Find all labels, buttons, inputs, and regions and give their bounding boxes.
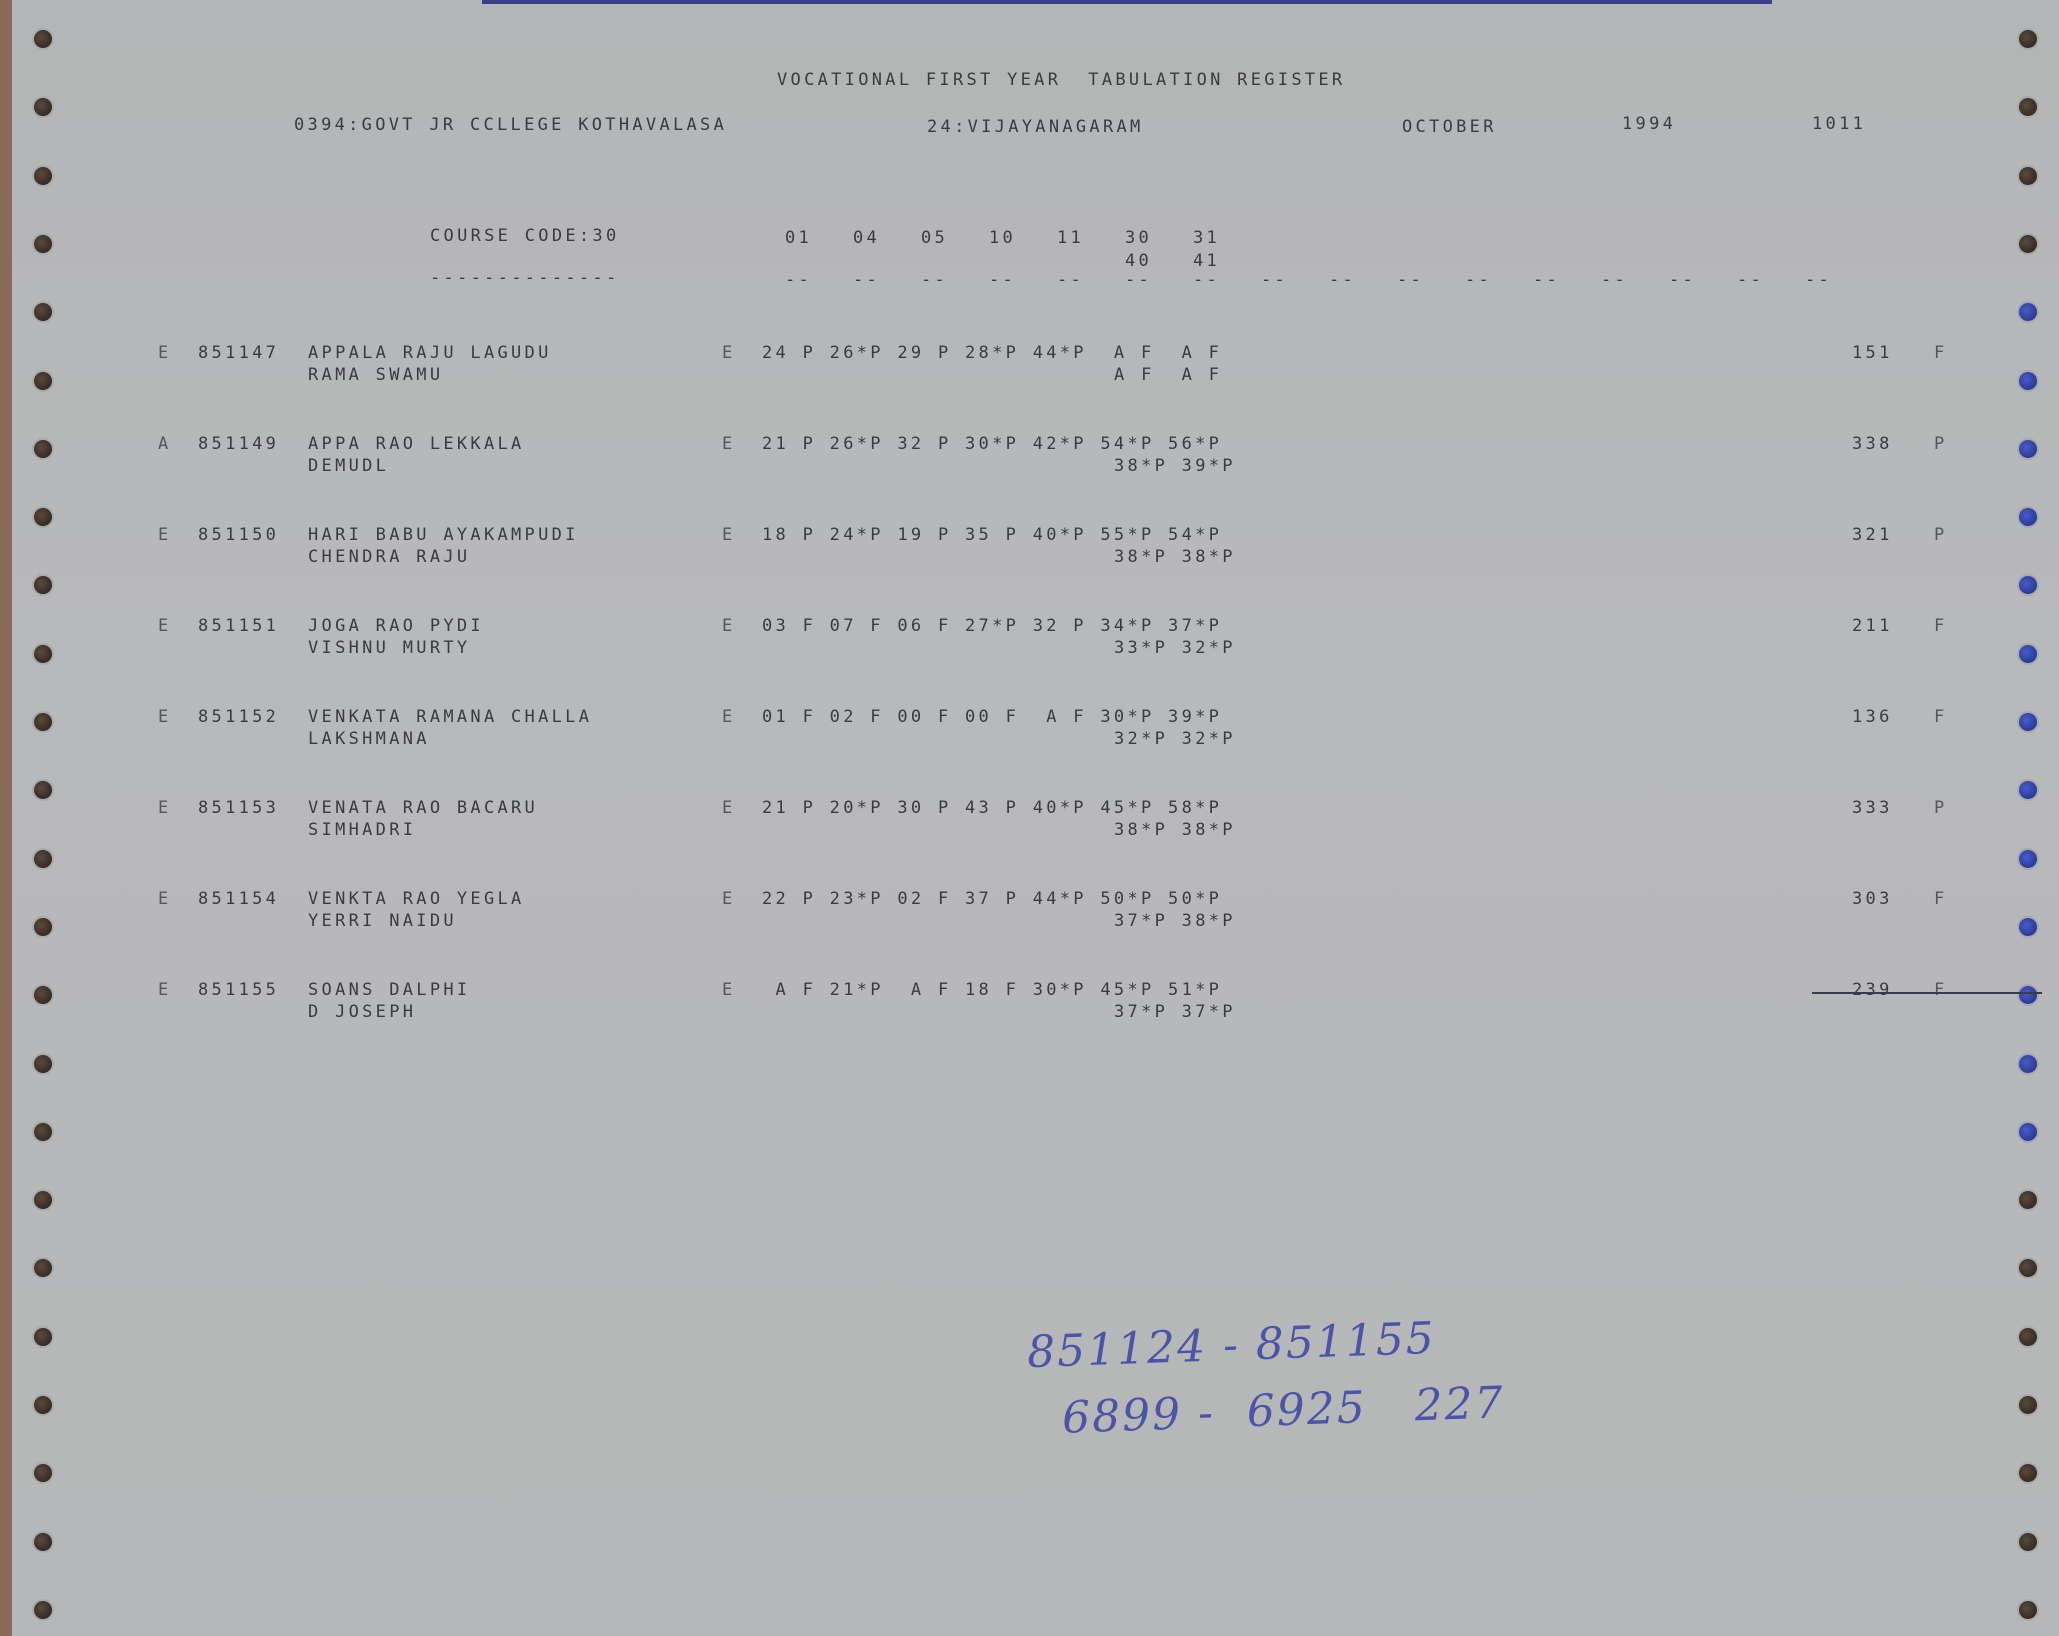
medium-code: E bbox=[722, 525, 736, 545]
sprocket-hole bbox=[2017, 916, 2039, 938]
subject-marks: 21 P 20*P 30 P 43 P 40*P 45*P 58*P bbox=[762, 798, 1222, 818]
column-dash: -- bbox=[853, 270, 880, 290]
student-category: E bbox=[158, 616, 172, 636]
student-name: VENATA RAO BACARU bbox=[308, 798, 538, 818]
total-marks: 151 bbox=[1852, 343, 1893, 363]
course-code-underline: -------------- bbox=[430, 268, 620, 288]
sprocket-hole bbox=[2017, 28, 2039, 50]
subject-code: 10 bbox=[989, 228, 1016, 248]
sprocket-hole bbox=[32, 506, 54, 528]
subject-code: 30 bbox=[1125, 228, 1152, 248]
sprocket-hole bbox=[2017, 984, 2039, 1006]
column-dash: -- bbox=[1057, 270, 1084, 290]
student-name: VENKTA RAO YEGLA bbox=[308, 889, 525, 909]
sprocket-hole bbox=[32, 1326, 54, 1348]
sprocket-hole bbox=[2017, 1394, 2039, 1416]
column-dash: -- bbox=[1261, 270, 1288, 290]
subject-code: 31 bbox=[1193, 228, 1220, 248]
sprocket-hole bbox=[2017, 643, 2039, 665]
student-category: A bbox=[158, 434, 172, 454]
roll-number: 851147 bbox=[198, 343, 279, 363]
sprocket-hole bbox=[32, 28, 54, 50]
student-category: E bbox=[158, 525, 172, 545]
result-status: P bbox=[1934, 525, 1948, 545]
column-dash: -- bbox=[1669, 270, 1696, 290]
subject-code: 11 bbox=[1057, 228, 1084, 248]
result-status: F bbox=[1934, 707, 1948, 727]
column-dash: -- bbox=[1533, 270, 1560, 290]
result-status: F bbox=[1934, 616, 1948, 636]
total-marks: 136 bbox=[1852, 707, 1893, 727]
sprocket-hole bbox=[2017, 1053, 2039, 1075]
sprocket-hole bbox=[32, 1462, 54, 1484]
student-name-line2: SIMHADRI bbox=[308, 820, 416, 840]
sprocket-hole bbox=[2017, 233, 2039, 255]
sprocket-hole bbox=[32, 779, 54, 801]
student-name: VENKATA RAMANA CHALLA bbox=[308, 707, 592, 727]
sprocket-hole bbox=[32, 916, 54, 938]
column-dash: -- bbox=[1601, 270, 1628, 290]
result-status: F bbox=[1934, 889, 1948, 909]
student-name-line2: CHENDRA RAJU bbox=[308, 547, 470, 567]
sprocket-hole bbox=[32, 643, 54, 665]
sprocket-hole bbox=[32, 165, 54, 187]
subject-code: 40 bbox=[1125, 251, 1152, 271]
sprocket-hole bbox=[32, 96, 54, 118]
total-marks: 211 bbox=[1852, 616, 1893, 636]
roll-number: 851154 bbox=[198, 889, 279, 909]
student-category: E bbox=[158, 798, 172, 818]
sprocket-hole bbox=[32, 1394, 54, 1416]
column-dash: -- bbox=[785, 270, 812, 290]
sprocket-hole bbox=[2017, 779, 2039, 801]
result-status: F bbox=[1934, 980, 1948, 1000]
total-marks: 338 bbox=[1852, 434, 1893, 454]
ink-strike-line bbox=[1812, 992, 2042, 994]
sprocket-hole bbox=[2017, 848, 2039, 870]
student-name: SOANS DALPHI bbox=[308, 980, 470, 1000]
medium-code: E bbox=[722, 707, 736, 727]
total-marks: 239 bbox=[1852, 980, 1893, 1000]
student-name-line2: YERRI NAIDU bbox=[308, 911, 457, 931]
subject-marks-line2: 38*P 39*P bbox=[1114, 456, 1236, 476]
subject-marks: 03 F 07 F 06 F 27*P 32 P 34*P 37*P bbox=[762, 616, 1222, 636]
roll-number: 851155 bbox=[198, 980, 279, 1000]
sprocket-hole bbox=[2017, 506, 2039, 528]
sprocket-hole bbox=[2017, 1189, 2039, 1211]
exam-year: 1994 bbox=[1622, 114, 1676, 134]
total-marks: 303 bbox=[1852, 889, 1893, 909]
medium-code: E bbox=[722, 889, 736, 909]
student-name: HARI BABU AYAKAMPUDI bbox=[308, 525, 579, 545]
column-dash: -- bbox=[1329, 270, 1356, 290]
student-category: E bbox=[158, 343, 172, 363]
student-name: JOGA RAO PYDI bbox=[308, 616, 484, 636]
tractor-holes-left bbox=[32, 0, 72, 1636]
result-status: P bbox=[1934, 798, 1948, 818]
student-name: APPALA RAJU LAGUDU bbox=[308, 343, 552, 363]
sprocket-hole bbox=[32, 438, 54, 460]
subject-marks: 22 P 23*P 02 F 37 P 44*P 50*P 50*P bbox=[762, 889, 1222, 909]
roll-number: 851153 bbox=[198, 798, 279, 818]
sprocket-hole bbox=[2017, 1462, 2039, 1484]
subject-code: 04 bbox=[853, 228, 880, 248]
sprocket-hole bbox=[32, 574, 54, 596]
sprocket-hole bbox=[2017, 574, 2039, 596]
medium-code: E bbox=[722, 980, 736, 1000]
column-dash: -- bbox=[1465, 270, 1492, 290]
sprocket-hole bbox=[32, 1257, 54, 1279]
medium-code: E bbox=[722, 798, 736, 818]
sprocket-hole bbox=[32, 711, 54, 733]
column-dash: -- bbox=[1125, 270, 1152, 290]
subject-marks-line2: 38*P 38*P bbox=[1114, 547, 1236, 567]
sprocket-hole bbox=[2017, 370, 2039, 392]
student-category: E bbox=[158, 889, 172, 909]
handwritten-roll-range: 851124 - 851155 bbox=[1026, 1313, 1436, 1378]
sprocket-hole bbox=[2017, 1257, 2039, 1279]
top-edge-strip bbox=[482, 0, 1772, 4]
subject-code: 05 bbox=[921, 228, 948, 248]
result-status: F bbox=[1934, 343, 1948, 363]
handwritten-serial-range: 6899 - 6925 227 bbox=[1061, 1377, 1505, 1443]
sprocket-hole bbox=[32, 984, 54, 1006]
subject-marks: 18 P 24*P 19 P 35 P 40*P 55*P 54*P bbox=[762, 525, 1222, 545]
subject-marks-line2: 37*P 38*P bbox=[1114, 911, 1236, 931]
medium-code: E bbox=[722, 616, 736, 636]
college-name: 0394:GOVT JR CCLLEGE KOTHAVALASA bbox=[294, 115, 727, 135]
roll-number: 851150 bbox=[198, 525, 279, 545]
subject-marks: 21 P 26*P 32 P 30*P 42*P 54*P 56*P bbox=[762, 434, 1222, 454]
tractor-holes-right bbox=[2017, 0, 2057, 1636]
sprocket-hole bbox=[32, 233, 54, 255]
sprocket-hole bbox=[32, 1121, 54, 1143]
exam-month: OCTOBER bbox=[1402, 117, 1497, 137]
sprocket-hole bbox=[2017, 301, 2039, 323]
subject-marks-line2: 33*P 32*P bbox=[1114, 638, 1236, 658]
column-dash: -- bbox=[1737, 270, 1764, 290]
medium-code: E bbox=[722, 343, 736, 363]
student-name-line2: DEMUDL bbox=[308, 456, 389, 476]
student-name-line2: LAKSHMANA bbox=[308, 729, 430, 749]
subject-marks: 24 P 26*P 29 P 28*P 44*P A F A F bbox=[762, 343, 1222, 363]
course-code-label: COURSE CODE:30 bbox=[430, 226, 620, 246]
sprocket-hole bbox=[32, 1599, 54, 1621]
student-name-line2: RAMA SWAMU bbox=[308, 365, 443, 385]
subject-marks-line2: 38*P 38*P bbox=[1114, 820, 1236, 840]
subject-marks-line2: A F A F bbox=[1114, 365, 1222, 385]
subject-code: 01 bbox=[785, 228, 812, 248]
column-dash: -- bbox=[1805, 270, 1832, 290]
result-status: P bbox=[1934, 434, 1948, 454]
register-title: VOCATIONAL FIRST YEAR TABULATION REGISTE… bbox=[777, 70, 1345, 90]
sprocket-hole bbox=[2017, 438, 2039, 460]
sprocket-hole bbox=[32, 1053, 54, 1075]
student-name-line2: D JOSEPH bbox=[308, 1002, 416, 1022]
sprocket-hole bbox=[2017, 165, 2039, 187]
subject-code: 41 bbox=[1193, 251, 1220, 271]
column-dash: -- bbox=[1397, 270, 1424, 290]
student-category: E bbox=[158, 980, 172, 1000]
sprocket-hole bbox=[2017, 1599, 2039, 1621]
sprocket-hole bbox=[2017, 1326, 2039, 1348]
subject-marks: 01 F 02 F 00 F 00 F A F 30*P 39*P bbox=[762, 707, 1222, 727]
student-name: APPA RAO LEKKALA bbox=[308, 434, 525, 454]
sprocket-hole bbox=[2017, 711, 2039, 733]
sprocket-hole bbox=[2017, 1121, 2039, 1143]
column-dash: -- bbox=[1193, 270, 1220, 290]
sprocket-hole bbox=[32, 301, 54, 323]
district-name: 24:VIJAYANAGARAM bbox=[927, 117, 1144, 137]
subject-marks: A F 21*P A F 18 F 30*P 45*P 51*P bbox=[762, 980, 1222, 1000]
subject-marks-line2: 37*P 37*P bbox=[1114, 1002, 1236, 1022]
column-dash: -- bbox=[921, 270, 948, 290]
student-name-line2: VISHNU MURTY bbox=[308, 638, 470, 658]
roll-number: 851149 bbox=[198, 434, 279, 454]
medium-code: E bbox=[722, 434, 736, 454]
sprocket-hole bbox=[32, 370, 54, 392]
roll-number: 851151 bbox=[198, 616, 279, 636]
sprocket-hole bbox=[2017, 1531, 2039, 1553]
sprocket-hole bbox=[32, 1189, 54, 1211]
column-dash: -- bbox=[989, 270, 1016, 290]
page-number: 1011 bbox=[1812, 114, 1866, 134]
sprocket-hole bbox=[32, 848, 54, 870]
roll-number: 851152 bbox=[198, 707, 279, 727]
sprocket-hole bbox=[2017, 96, 2039, 118]
tabulation-sheet: VOCATIONAL FIRST YEAR TABULATION REGISTE… bbox=[12, 0, 2059, 1636]
subject-marks-line2: 32*P 32*P bbox=[1114, 729, 1236, 749]
sprocket-hole bbox=[32, 1531, 54, 1553]
total-marks: 321 bbox=[1852, 525, 1893, 545]
student-category: E bbox=[158, 707, 172, 727]
total-marks: 333 bbox=[1852, 798, 1893, 818]
